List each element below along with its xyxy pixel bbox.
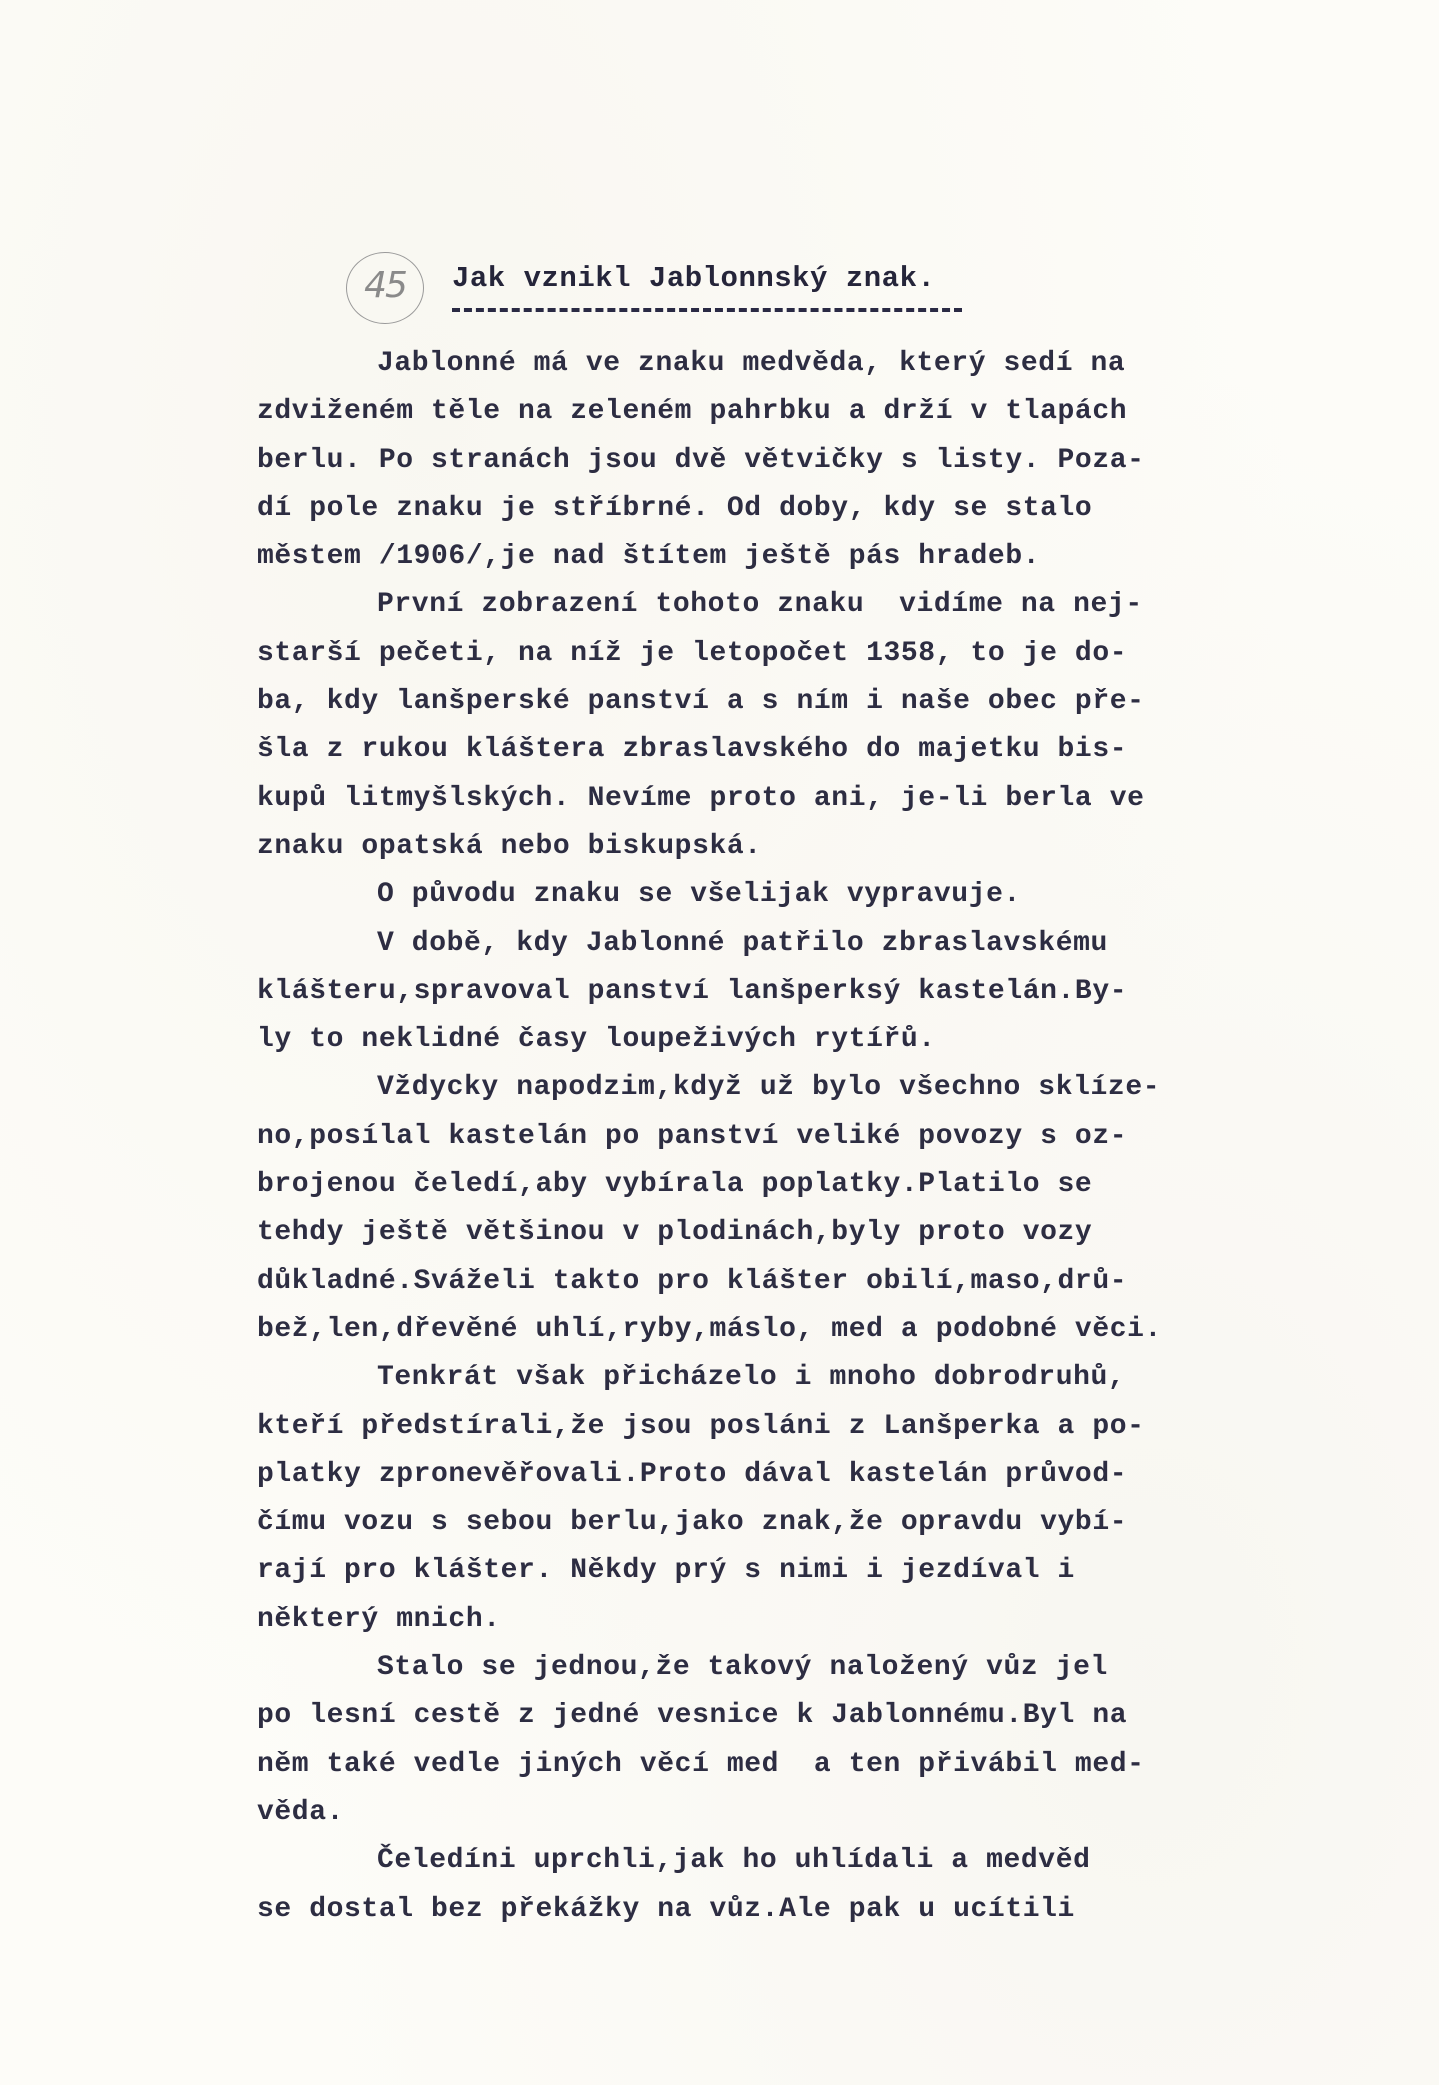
text-line: Stalo se jednou,že takový naložený vůz j… [257,1644,1267,1692]
paragraph: Tenkrát však přicházelo i mnoho dobrodru… [257,1354,1267,1644]
text-line: bež,len,dřevěné uhlí,ryby,máslo, med a p… [257,1306,1267,1354]
text-line: čímu vozu s sebou berlu,jako znak,že opr… [257,1499,1267,1547]
text-line: něm také vedle jiných věcí med a ten při… [257,1741,1267,1789]
text-line: platky zpronevěřovali.Proto dával kastel… [257,1451,1267,1499]
text-line: rají pro klášter. Někdy prý s nimi i jez… [257,1547,1267,1595]
text-line: zdviženém těle na zeleném pahrbku a drží… [257,388,1267,436]
text-line: se dostal bez překážky na vůz.Ale pak u … [257,1886,1267,1934]
text-line: věda. [257,1789,1267,1837]
paragraph: První zobrazení tohoto znaku vidíme na n… [257,581,1267,871]
text-line: znaku opatská nebo biskupská. [257,823,1267,871]
document-title: Jak vznikl Jablonnský znak. [452,262,935,295]
text-line: no,posílal kastelán po panství veliké po… [257,1113,1267,1161]
text-line: tehdy ještě většinou v plodinách,byly pr… [257,1209,1267,1257]
document-page: 45 Jak vznikl Jablonnský znak. Jablonné … [0,0,1439,2085]
paragraph: Čeledíni uprchli,jak ho uhlídali a medvě… [257,1837,1267,1934]
text-line: V době, kdy Jablonné patřilo zbraslavské… [257,920,1267,968]
text-line: dí pole znaku je stříbrné. Od doby, kdy … [257,485,1267,533]
text-line: po lesní cestě z jedné vesnice k Jablonn… [257,1692,1267,1740]
text-line: ly to neklidné časy loupeživých rytířů. [257,1016,1267,1064]
paragraph: Vždycky napodzim,když už bylo všechno sk… [257,1064,1267,1354]
text-line: Čeledíni uprchli,jak ho uhlídali a medvě… [257,1837,1267,1885]
text-line: důkladné.Sváželi takto pro klášter obilí… [257,1258,1267,1306]
text-line: klášteru,spravoval panství lanšperksý ka… [257,968,1267,1016]
paragraph: Stalo se jednou,že takový naložený vůz j… [257,1644,1267,1837]
text-line: některý mnich. [257,1596,1267,1644]
text-line: Tenkrát však přicházelo i mnoho dobrodru… [257,1354,1267,1402]
text-line: berlu. Po stranách jsou dvě větvičky s l… [257,437,1267,485]
text-line: ba, kdy lanšperské panství a s ním i naš… [257,678,1267,726]
text-line: městem /1906/,je nad štítem ještě pás hr… [257,533,1267,581]
text-line: šla z rukou kláštera zbraslavského do ma… [257,726,1267,774]
paragraph: Jablonné má ve znaku medvěda, který sedí… [257,340,1267,581]
text-line: Jablonné má ve znaku medvěda, který sedí… [257,340,1267,388]
page-number-circled: 45 [346,252,424,324]
text-line: starší pečeti, na níž je letopočet 1358,… [257,630,1267,678]
paragraph: O původu znaku se všelijak vypravuje. [257,871,1267,919]
text-line: kupů litmyšlských. Nevíme proto ani, je-… [257,775,1267,823]
document-body: Jablonné má ve znaku medvěda, který sedí… [257,340,1267,1934]
title-underline [452,308,962,312]
text-line: První zobrazení tohoto znaku vidíme na n… [257,581,1267,629]
text-line: kteří předstírali,že jsou posláni z Lanš… [257,1403,1267,1451]
paragraph: V době, kdy Jablonné patřilo zbraslavské… [257,920,1267,1065]
text-line: Vždycky napodzim,když už bylo všechno sk… [257,1064,1267,1112]
text-line: O původu znaku se všelijak vypravuje. [257,871,1267,919]
text-line: brojenou čeledí,aby vybírala poplatky.Pl… [257,1161,1267,1209]
